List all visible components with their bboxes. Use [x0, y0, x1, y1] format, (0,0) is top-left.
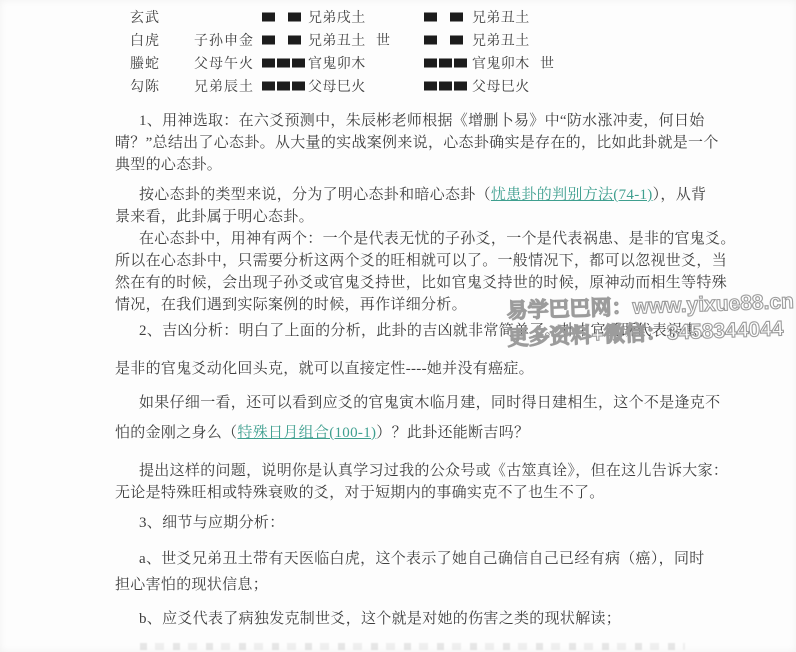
text-segment: 如果仔细一看，还可以看到应爻的官鬼寅木临月建，同时得日建相生，这个不是逢克不 — [139, 395, 720, 411]
reference-link[interactable]: 特殊日月组合(100-1) — [237, 425, 376, 441]
text-segment: 是非的官鬼爻动化回头克，就可以直接定性----她并没有癌症。 — [115, 361, 534, 377]
text-segment: 怕的金刚之身么（ — [115, 425, 237, 441]
text-line: 晴？”总结出了心态卦。从大量的实战案例来说，心态卦确实是存在的，比如此卦就是一个 — [115, 132, 685, 154]
text-segment: 1、用神选取：在六爻预测中，朱辰彬老师根据《增删卜易》中“防水涨冲麦，何日始 — [139, 113, 705, 129]
relative-label: 子孙申金 — [194, 30, 254, 50]
yao-yin-line-icon — [262, 35, 301, 44]
document-page: 玄武兄弟戌土兄弟丑土白虎子孙申金兄弟丑土世兄弟丑土螣蛇父母午火官鬼卯木官鬼卯木世… — [0, 0, 796, 652]
text-line: 是非的官鬼爻动化回头克，就可以直接定性----她并没有癌症。 — [115, 358, 685, 380]
text-line: 3、细节与应期分析： — [115, 512, 685, 534]
text-line: 1、用神选取：在六爻预测中，朱辰彬老师根据《增删卜易》中“防水涨冲麦，何日始 — [115, 110, 685, 132]
yao-yang-line-icon — [424, 58, 467, 67]
yao-text: 兄弟丑土 — [472, 30, 530, 50]
paragraph: b、应爻代表了病独发克制世爻，这个就是对她的伤害之类的现状解读； — [115, 608, 685, 630]
six-god-label: 螣蛇 — [130, 53, 160, 73]
text-segment: 按心态卦的类型来说，分为了明心态卦和暗心态卦（ — [139, 187, 491, 203]
relative-label: 父母午火 — [194, 53, 254, 73]
yao-text: 兄弟丑土 — [472, 7, 530, 27]
text-line: 景来看，此卦属于明心态卦。 — [115, 206, 685, 228]
hexagram-row: 螣蛇父母午火官鬼卯木官鬼卯木世 — [0, 51, 796, 74]
text-line: 然在有的时候，会出现子孙爻或官鬼爻持世，比如官鬼爻持世的时候，原神动而相生等特殊 — [115, 272, 685, 294]
document-body: 1、用神选取：在六爻预测中，朱辰彬老师根据《增删卜易》中“防水涨冲麦，何日始晴？… — [115, 104, 685, 630]
text-segment: 景来看，此卦属于明心态卦。 — [115, 209, 314, 225]
text-segment: 情况，在我们遇到实际案例的时候，再作详细分析。 — [115, 297, 467, 313]
yao-text: 父母巳火 — [308, 76, 366, 96]
reference-link[interactable]: 忧患卦的判别方法(74-1) — [491, 187, 653, 203]
yao-text: 官鬼卯木 — [472, 53, 530, 73]
text-segment: 典型的心态卦。 — [115, 157, 222, 173]
text-segment: 担心害怕的现状信息； — [115, 577, 268, 593]
text-segment: 3、细节与应期分析： — [139, 515, 285, 531]
text-line: 所以在心态卦中，只需要分析这两个爻的旺相就可以了。一般情况下，都可以忽视世爻，当 — [115, 250, 685, 272]
yao-yin-line-icon — [262, 12, 301, 21]
text-line: 按心态卦的类型来说，分为了明心态卦和暗心态卦（忧患卦的判别方法(74-1)），从… — [115, 184, 685, 206]
yao-yang-line-icon — [262, 81, 305, 90]
text-segment: 提出这样的问题，说明你是认真学习过我的公众号或《古筮真诠》，但在这儿告诉大家： — [139, 463, 728, 479]
paragraph: 提出这样的问题，说明你是认真学习过我的公众号或《古筮真诠》，但在这儿告诉大家：无… — [115, 460, 685, 504]
text-line: 在心态卦中，用神有两个：一个是代表无忧的子孙爻，一个是代表祸患、是非的官鬼爻。 — [115, 228, 685, 250]
text-segment: 所以在心态卦中，只需要分析这两个爻的旺相就可以了。一般情况下，都可以忽视世爻，当 — [115, 253, 727, 269]
text-segment: 在心态卦中，用神有两个：一个是代表无忧的子孙爻，一个是代表祸患、是非的官鬼爻。 — [139, 231, 736, 247]
yao-text: 兄弟丑土 — [308, 30, 366, 50]
hexagram-row: 勾陈兄弟辰土父母巳火父母巳火 — [0, 74, 796, 97]
yao-yang-line-icon — [262, 58, 305, 67]
text-line: 怕的金刚之身么（特殊日月组合(100-1)）？此卦还能断吉吗？ — [115, 422, 685, 444]
paragraph: 3、细节与应期分析： — [115, 512, 685, 534]
text-line: 担心害怕的现状信息； — [115, 574, 685, 596]
paragraph: 如果仔细一看，还可以看到应爻的官鬼寅木临月建，同时得日建相生，这个不是逢克不怕的… — [115, 392, 685, 444]
paragraph: 按心态卦的类型来说，分为了明心态卦和暗心态卦（忧患卦的判别方法(74-1)），从… — [115, 184, 685, 228]
six-god-label: 白虎 — [130, 30, 160, 50]
yao-yin-line-icon — [424, 35, 463, 44]
text-segment: ）？此卦还能断吉吗？ — [376, 425, 529, 441]
paragraph: a、世爻兄弟丑土带有天医临白虎，这个表示了她自己确信自己已经有病（癌），同时担心… — [115, 548, 685, 596]
text-line: 提出这样的问题，说明你是认真学习过我的公众号或《古筮真诠》，但在这儿告诉大家： — [115, 460, 685, 482]
yao-yang-line-icon — [424, 81, 467, 90]
text-segment: 无论是特殊旺相或特殊衰败的爻，对于短期内的事确实克不了也生不了。 — [115, 485, 605, 501]
hexagram-table: 玄武兄弟戌土兄弟丑土白虎子孙申金兄弟丑土世兄弟丑土螣蛇父母午火官鬼卯木官鬼卯木世… — [0, 5, 796, 97]
six-god-label: 玄武 — [130, 7, 160, 27]
text-line: b、应爻代表了病独发克制世爻，这个就是对她的伤害之类的现状解读； — [115, 608, 685, 630]
shi-marker: 世 — [540, 53, 555, 73]
text-segment: ），从背 — [653, 187, 707, 203]
hexagram-row: 白虎子孙申金兄弟丑土世兄弟丑土 — [0, 28, 796, 51]
text-segment: 晴？”总结出了心态卦。从大量的实战案例来说，心态卦确实是存在的，比如此卦就是一个 — [115, 135, 719, 151]
text-segment: a、世爻兄弟丑土带有天医临白虎，这个表示了她自己确信自己已经有病（癌），同时 — [139, 551, 705, 567]
yao-text: 兄弟戌土 — [308, 7, 366, 27]
yao-text: 官鬼卯木 — [308, 53, 366, 73]
paragraph: 1、用神选取：在六爻预测中，朱辰彬老师根据《增删卜易》中“防水涨冲麦，何日始晴？… — [115, 110, 685, 176]
text-segment: b、应爻代表了病独发克制世爻，这个就是对她的伤害之类的现状解读； — [139, 611, 621, 627]
yao-text: 父母巳火 — [472, 76, 530, 96]
relative-label: 兄弟辰土 — [194, 76, 254, 96]
shi-marker: 世 — [376, 30, 391, 50]
text-line: 典型的心态卦。 — [115, 154, 685, 176]
text-line: a、世爻兄弟丑土带有天医临白虎，这个表示了她自己确信自己已经有病（癌），同时 — [115, 548, 685, 570]
yao-yin-line-icon — [424, 12, 463, 21]
text-line: 无论是特殊旺相或特殊衰败的爻，对于短期内的事确实克不了也生不了。 — [115, 482, 685, 504]
hexagram-row: 玄武兄弟戌土兄弟丑土 — [0, 5, 796, 28]
cutoff-text-line — [140, 643, 685, 650]
text-line: 如果仔细一看，还可以看到应爻的官鬼寅木临月建，同时得日建相生，这个不是逢克不 — [115, 392, 685, 414]
text-segment: 然在有的时候，会出现子孙爻或官鬼爻持世，比如官鬼爻持世的时候，原神动而相生等特殊 — [115, 275, 727, 291]
watermark: 易学巴巴网：www.yixue88.cn 更多资料+微信：3458344044 — [506, 288, 795, 352]
six-god-label: 勾陈 — [130, 76, 160, 96]
